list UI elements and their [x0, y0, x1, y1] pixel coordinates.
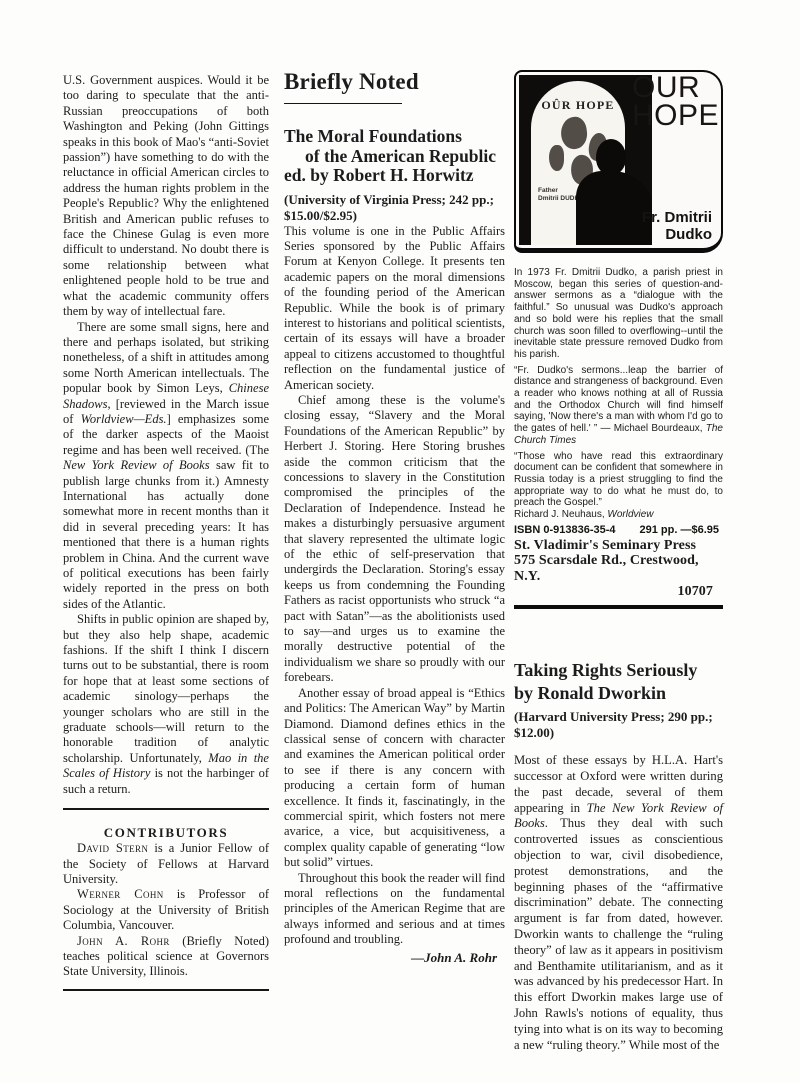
contributor-entry: Werner Cohn is Professor of Sociology at… — [63, 887, 269, 933]
contributor-name: John A. Rohr — [77, 934, 170, 948]
ad-paragraph: “Fr. Dudko's sermons...leap the barrier … — [514, 365, 723, 447]
ad-headline-line: HOPE — [632, 102, 719, 130]
ad-headline: OUR HOPE — [632, 74, 719, 130]
book-title-line: of the American Republic — [284, 147, 505, 167]
right-column: OÛR HOPE Father Dmitrii DUDKO — [514, 70, 723, 1053]
section-divider-rule — [514, 605, 723, 610]
briefly-noted-heading: Briefly Noted — [284, 69, 505, 95]
review-author-line: by Ronald Dworkin — [514, 682, 723, 705]
ad-headline-line: OUR — [632, 74, 719, 102]
illustration-blob — [549, 145, 564, 171]
contributors-bottom-rule — [63, 989, 269, 991]
contributor-name: David Stern — [77, 841, 148, 855]
book-title: The Moral Foundations of the American Re… — [284, 127, 505, 186]
cover-title: OÛR HOPE — [531, 98, 625, 113]
review-paragraph: Throughout this book the reader will fin… — [284, 871, 505, 948]
publisher-zip: 10707 — [514, 584, 723, 600]
priest-silhouette — [576, 139, 652, 245]
publisher-address: 575 Scarsdale Rd., Crestwood, N.Y. — [514, 553, 723, 584]
article-paragraph: There are some small signs, here and the… — [63, 320, 269, 613]
review-paragraph: Another essay of broad appeal is “Ethics… — [284, 686, 505, 871]
middle-column: Briefly Noted The Moral Foundations of t… — [284, 69, 505, 966]
review-paragraph: This volume is one in the Public Affairs… — [284, 224, 505, 393]
magazine-page: U.S. Government auspices. Would it be to… — [0, 0, 800, 1083]
ad-paragraph: In 1973 Fr. Dmitrii Dudko, a parish prie… — [514, 267, 723, 361]
contributor-name: Werner Cohn — [77, 887, 164, 901]
isbn-number: ISBN 0-913836-35-4 — [514, 524, 616, 536]
reviewer-signature: —John A. Rohr — [284, 950, 497, 966]
review-book-title: Taking Rights Seriously by Ronald Dworki… — [514, 659, 723, 705]
review-paragraph: Chief among these is the volume's closin… — [284, 393, 505, 686]
isbn-row: ISBN 0-913836-35-4 291 pp. —$6.95 — [514, 524, 723, 536]
contributor-entry: David Stern is a Junior Fellow of the So… — [63, 841, 269, 887]
book-publication-info: (University of Virginia Press; 242 pp.; … — [284, 192, 505, 224]
review-title-line: Taking Rights Seriously — [514, 659, 723, 682]
ad-author-line: Fr. Dmitrii — [642, 209, 712, 226]
book-publication-info: (Harvard University Press; 290 pp.; $12.… — [514, 709, 723, 741]
left-column: U.S. Government auspices. Would it be to… — [63, 73, 269, 991]
contributors-top-rule — [63, 808, 269, 810]
article-paragraph: U.S. Government auspices. Would it be to… — [63, 73, 269, 320]
heading-rule — [284, 103, 402, 104]
contributors-heading: CONTRIBUTORS — [63, 825, 269, 841]
pages-price: 291 pp. —$6.95 — [640, 524, 720, 536]
publisher-name: St. Vladimir's Seminary Press — [514, 538, 723, 554]
priest-head-shape — [596, 139, 626, 175]
book-editor-line: ed. by Robert H. Horwitz — [284, 166, 505, 186]
article-paragraph: Shifts in public opinion are shaped by, … — [63, 612, 269, 797]
ad-author-line: Dudko — [642, 226, 712, 243]
contributor-entry: John A. Rohr (Briefly Noted) teaches pol… — [63, 934, 269, 980]
priest-body-shape — [576, 171, 652, 245]
ad-paragraph: “Those who have read this extraordinary … — [514, 451, 723, 521]
publisher-block: St. Vladimir's Seminary Press 575 Scarsd… — [514, 538, 723, 600]
book-title-line: The Moral Foundations — [284, 127, 505, 147]
ad-author: Fr. Dmitrii Dudko — [642, 209, 712, 243]
book-ad-box: OÛR HOPE Father Dmitrii DUDKO — [514, 70, 723, 253]
review-paragraph: Most of these essays by H.L.A. Hart's su… — [514, 753, 723, 1053]
